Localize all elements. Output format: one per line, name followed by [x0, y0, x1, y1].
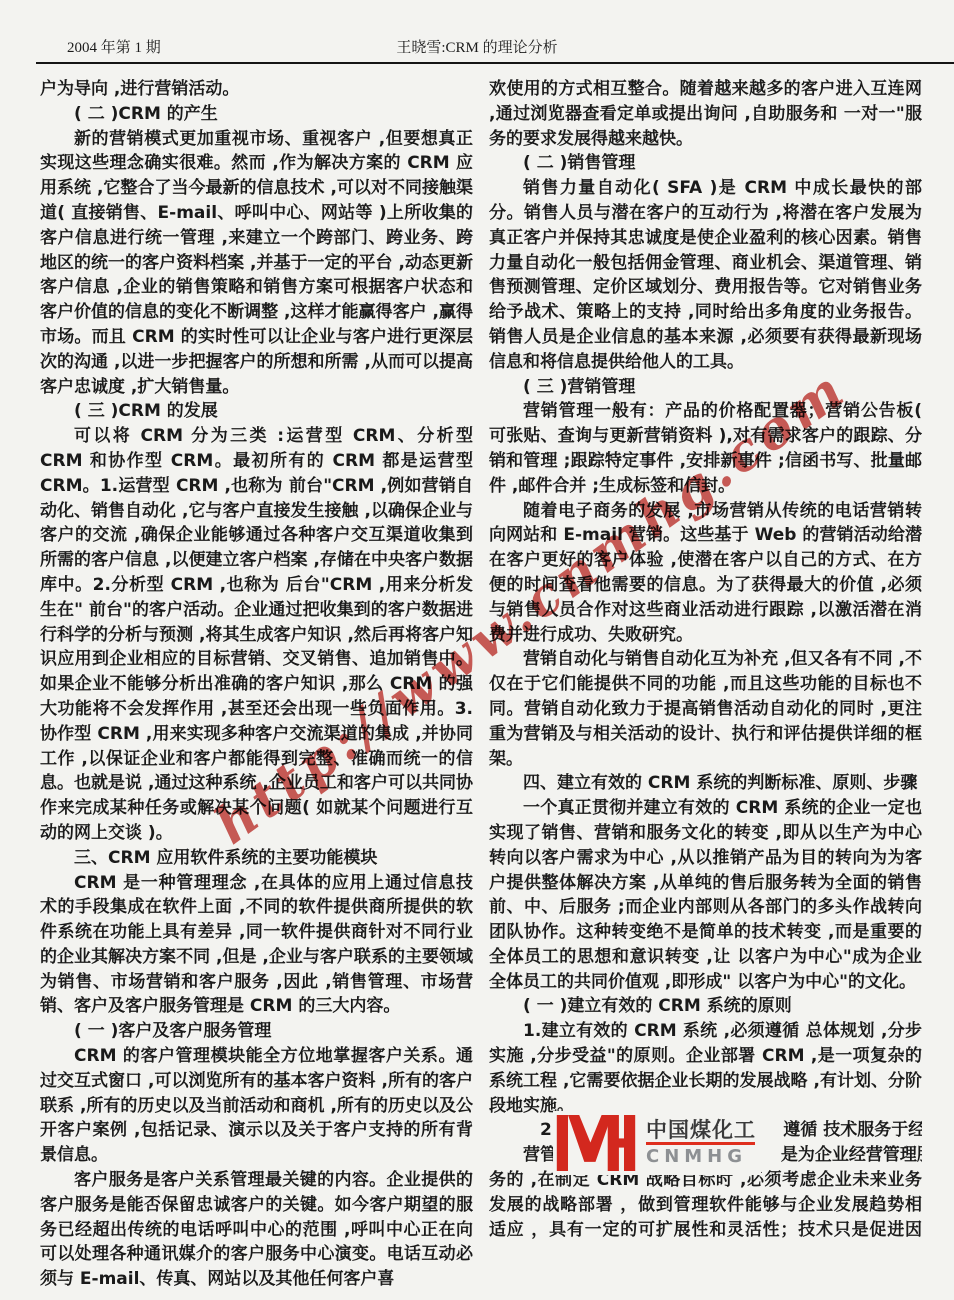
left-column: 户为导向 ,进行营销活动。( 二 )CRM 的产生新的营销模式更加重视市场、重视… [40, 77, 473, 1295]
logo-underline [646, 1142, 755, 1145]
paragraph: 营销自动化与销售自动化互为补充 ,但又各有不同 ,不仅在于它们能提供不同的功能 … [489, 647, 922, 771]
paragraph: 销售力量自动化( SFA )是 CRM 中成长最快的部分。销售人员与潜在客户的互… [489, 176, 922, 374]
paragraph: 1.建立有效的 CRM 系统 ,必须遵循 总体规划 ,分步实施 ,分步受益"的原… [489, 1019, 922, 1118]
section-heading: ( 二 )CRM 的产生 [40, 102, 473, 127]
text-line: 适应 ，具有一定的可扩展性和灵活性；技术只是促进因 [489, 1218, 922, 1243]
logo-latin-name: CNMHG [646, 1147, 756, 1167]
paragraph: 一个真正贯彻并建立有效的 CRM 系统的企业一定也实现了销售、营销和服务文化的转… [489, 796, 922, 994]
paragraph: 新的营销模式更加重视市场、重视客户 ,但要想真正实现这些理念确实很难。然而 ,作… [40, 127, 473, 400]
scanned-paper-page: 2004 年第 1 期 王晓雪:CRM 的理论分析 户为导向 ,进行营销活动。(… [0, 0, 954, 1300]
header-divider [36, 62, 954, 64]
section-heading: ( 二 )销售管理 [489, 151, 922, 176]
section-heading: 四、建立有效的 CRM 系统的判断标准、原则、步骤 [489, 771, 922, 796]
running-title: 王晓雪:CRM 的理论分析 [36, 36, 918, 57]
paragraph: 可以将 CRM 分为三类 :运营型 CRM、分析型 CRM 和协作型 CRM。最… [40, 424, 473, 846]
logo-chinese-name: 中国煤化工 [646, 1119, 756, 1141]
section-heading: ( 三 )CRM 的发展 [40, 399, 473, 424]
paragraph: 随着电子商务的发展 ,市场营销从传统的电话营销转向网站和 E-mail 营销。这… [489, 499, 922, 648]
section-heading: ( 一 )客户及客户服务管理 [40, 1019, 473, 1044]
paragraph: 营销管理一般有：产品的价格配置器；营销公告板( 可张贴、查询与更新营销资料 ),… [489, 399, 922, 498]
line-segment: 遵循 技术服务于经 [783, 1120, 922, 1140]
paragraph: CRM 的客户管理模块能全方位地掌握客户关系。通过交互式窗口 ,可以浏览所有的基… [40, 1044, 473, 1168]
myh-monogram-icon [553, 1115, 639, 1171]
paragraph: 欢使用的方式相互整合。随着越来越多的客户进入互连网 ,通过浏览器查看定单或提出询… [489, 77, 922, 151]
right-column: 中国煤化工 CNMHG 欢使用的方式相互整合。随着越来越多的客户进入互连网 ,通… [489, 77, 922, 1295]
text-line: 发展的战略部署 ，做到管理软件能够与企业发展趋势相 [489, 1193, 922, 1218]
paragraph: 户为导向 ,进行营销活动。 [40, 77, 473, 102]
line-segment: 是为企业经营管理服 [781, 1145, 922, 1165]
logo-text-block: 中国煤化工 CNMHG [646, 1119, 756, 1167]
section-heading: ( 三 )营销管理 [489, 375, 922, 400]
paragraph: CRM 是一种管理理念 ,在具体的应用上通过信息技术的手段集成在软件上面 ,不同… [40, 871, 473, 1020]
section-heading: ( 一 )建立有效的 CRM 系统的原则 [489, 994, 922, 1019]
section-heading: 三、CRM 应用软件系统的主要功能模块 [40, 846, 473, 871]
cnmhg-logo: 中国煤化工 CNMHG [553, 1111, 761, 1175]
paragraph: 客户服务是客户关系管理最关键的内容。企业提供的客户服务是能否保留忠诚客户的关键。… [40, 1168, 473, 1292]
page-header: 2004 年第 1 期 王晓雪:CRM 的理论分析 [36, 36, 918, 58]
